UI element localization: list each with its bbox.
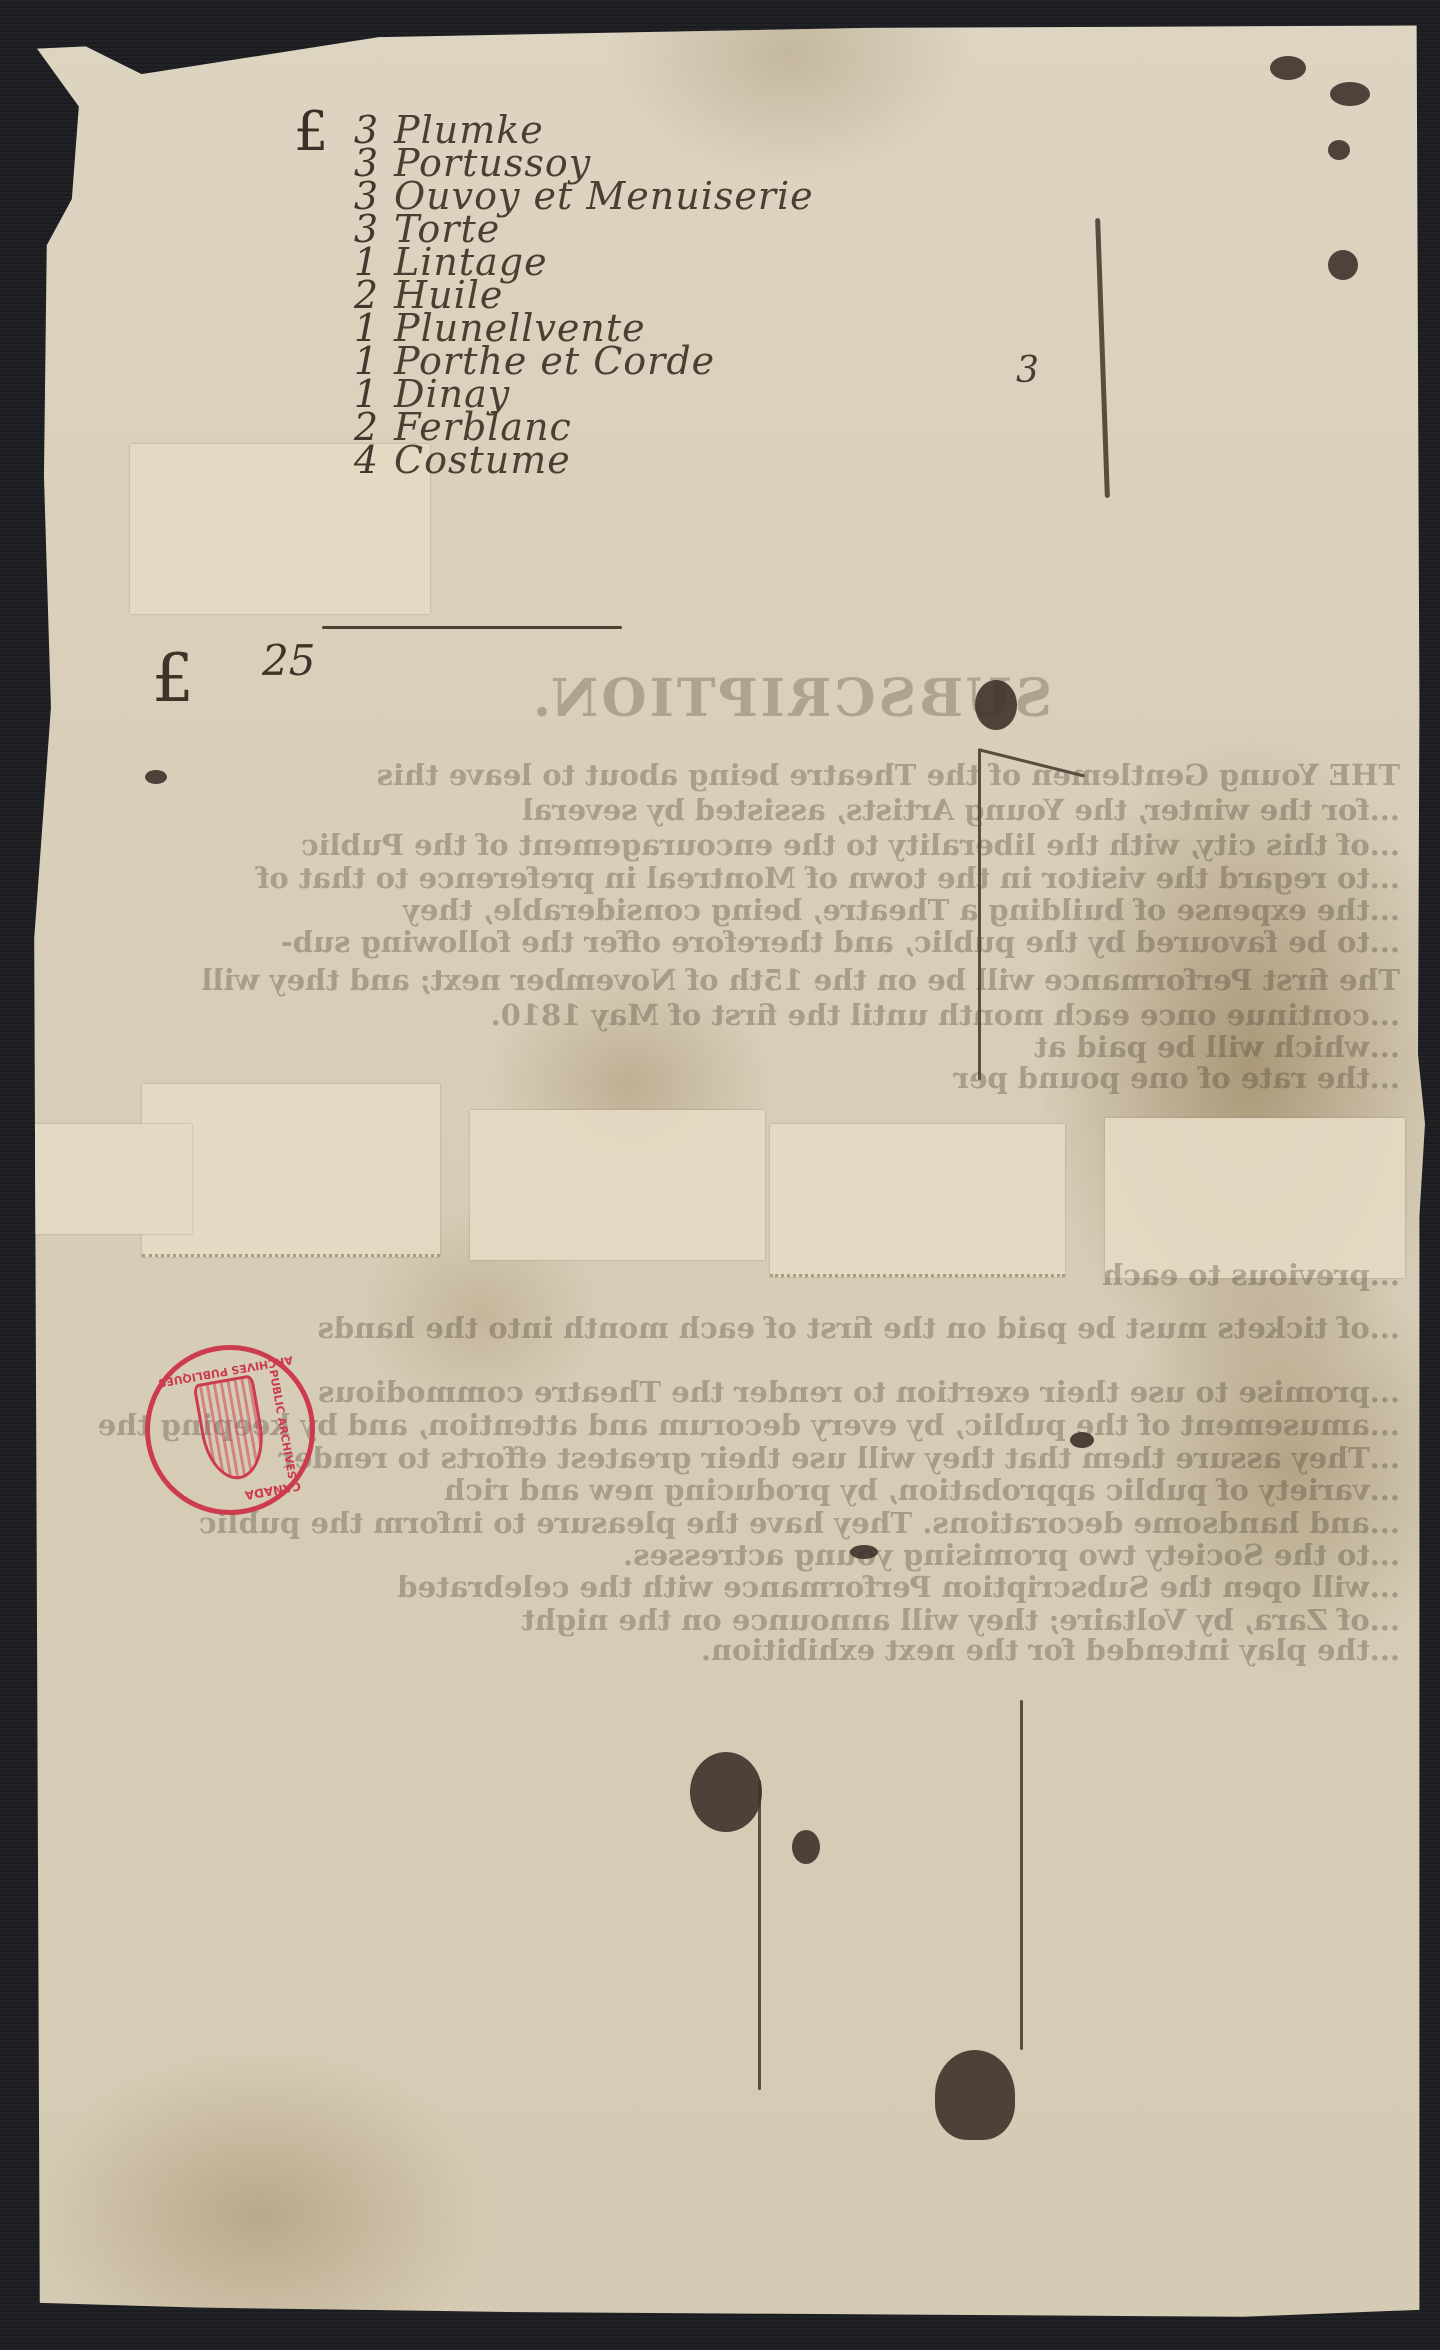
- list-item: 2Ferblanc: [290, 405, 814, 438]
- pound-sign-total-icon: £: [152, 640, 194, 717]
- ink-blot: [792, 1830, 820, 1864]
- list-item: 3Ouvoy et Menuiserie: [290, 174, 814, 207]
- list-item: 3Portussoy: [290, 141, 814, 174]
- show-through-line: ...of tickets must be paid on the first …: [250, 1308, 1400, 1348]
- list-item: 1Porthe et Corde: [290, 339, 814, 372]
- ink-bracket-stroke: [1020, 1700, 1023, 2050]
- ink-blot: [1070, 1432, 1094, 1448]
- list-item: 4Costume: [290, 438, 814, 471]
- list-item: 1Plunellvente: [290, 306, 814, 339]
- ink-blot: [145, 770, 167, 784]
- list-item: 3Plumke: [290, 108, 814, 141]
- ink-bracket-stroke: [978, 750, 981, 1080]
- list-item: 1Lintage: [290, 240, 814, 273]
- ink-blot: [1328, 250, 1358, 280]
- show-through-line: ...for the winter, the Young Artists, as…: [250, 790, 1400, 830]
- show-through-line: ...the play intended for the next exhibi…: [250, 1630, 1400, 1670]
- show-through-heading: SUBSCRIPTION.: [530, 668, 1052, 729]
- total-amount: 25: [262, 636, 315, 685]
- margin-number: 3: [1016, 350, 1039, 391]
- tape-strip-left-edge: [32, 1124, 192, 1234]
- ink-blot: [690, 1752, 762, 1832]
- ink-blot: [935, 2050, 1015, 2140]
- show-through-line: THE Young Gentlemen of the Theatre being…: [250, 755, 1400, 795]
- tape-strip-4: [1105, 1118, 1405, 1278]
- stamp-emblem-icon: [193, 1374, 271, 1484]
- list-item: 2Huile: [290, 273, 814, 306]
- show-through-line: The first Performance will be on the 15t…: [250, 960, 1400, 1000]
- sum-rule: [322, 626, 622, 629]
- tape-strip-2: [470, 1110, 765, 1260]
- ink-blot: [1330, 82, 1370, 106]
- ink-blot: [1270, 56, 1306, 80]
- show-through-line: ...to be favoured by the public, and the…: [250, 922, 1400, 962]
- ink-blot: [850, 1545, 878, 1559]
- handwritten-list: 3Plumke 3Portussoy 3Ouvoy et Menuiserie …: [290, 108, 814, 471]
- ink-blot: [975, 680, 1017, 730]
- show-through-line: ...the rate of one pound per: [250, 1058, 1400, 1098]
- ink-blot: [1328, 140, 1350, 160]
- ink-bracket-stroke: [758, 1780, 761, 2090]
- show-through-line: ...previous to each: [250, 1255, 1400, 1295]
